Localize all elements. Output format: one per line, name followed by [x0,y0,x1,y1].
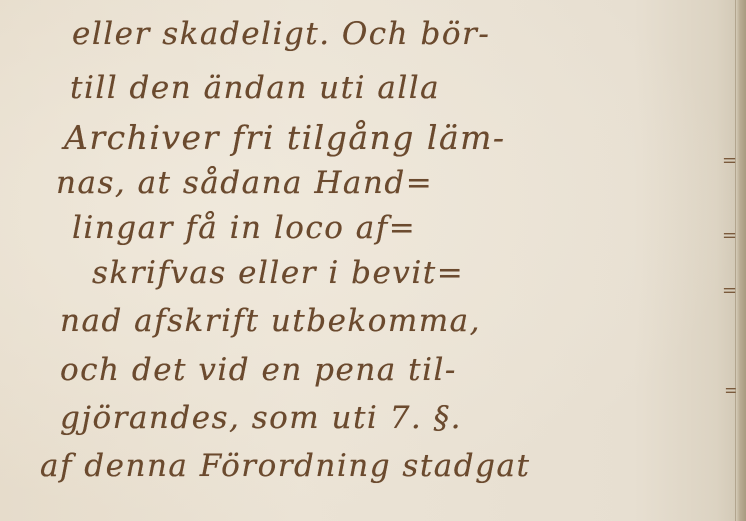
manuscript-line-5: lingar få in loco af= [72,210,416,246]
manuscript-line-9: gjörandes, som uti 7. §. [60,400,462,436]
manuscript-line-2: till den ändan uti alla [70,70,440,106]
manuscript-line-4: nas, at sådana Hand= [56,165,433,201]
manuscript-line-1: eller skadeligt. Och bör- [72,16,490,52]
manuscript-line-3: Archiver fri tilgång läm- [64,118,506,157]
manuscript-page: eller skadeligt. Och bör- till den ändan… [0,0,746,521]
manuscript-line-10: af denna Förordning stadgat [40,448,530,484]
manuscript-line-6: skrifvas eller i bevit= [92,255,464,291]
manuscript-line-8: och det vid en pena til- [60,352,457,388]
page-edge [736,0,746,521]
manuscript-line-7: nad afskrift utbekomma, [60,303,481,339]
